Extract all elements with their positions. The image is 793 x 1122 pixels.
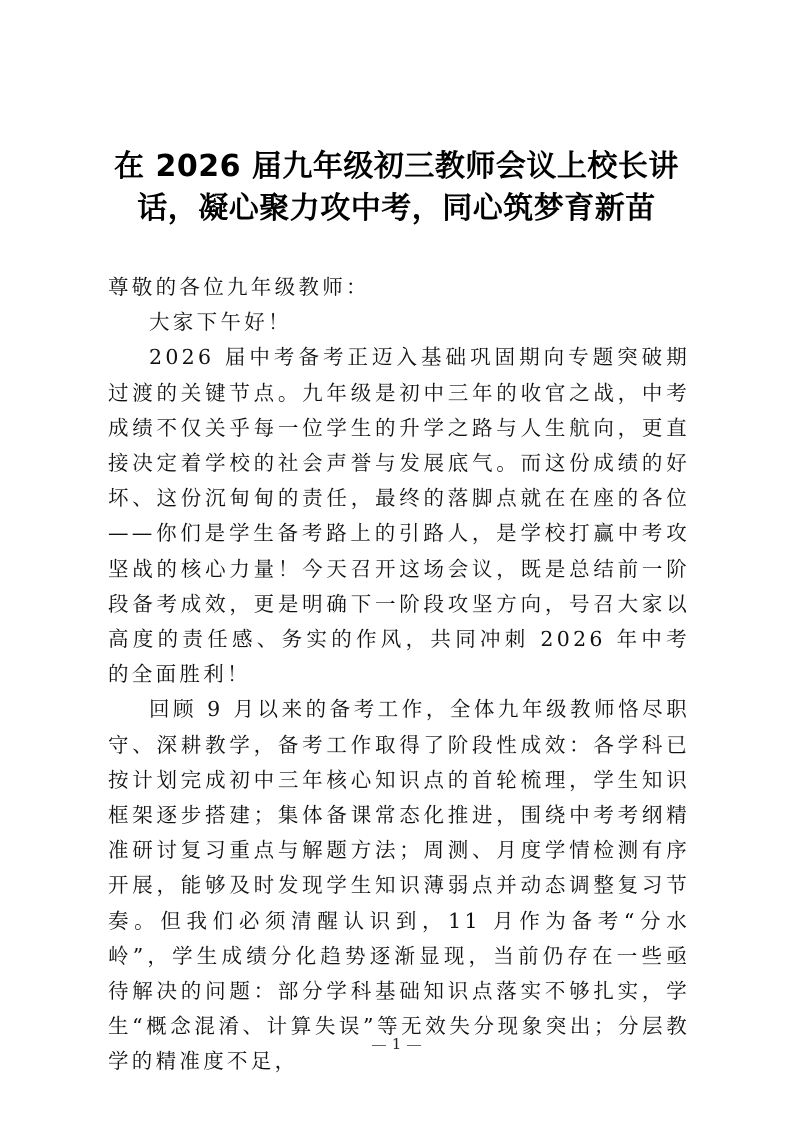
page-footer: 1 — [0, 1035, 793, 1053]
body-paragraph: 2026 届中考备考正迈入基础巩固期向专题突破期过渡的关键节点。九年级是初中三年… — [108, 340, 690, 692]
salutation: 尊敬的各位九年级教师： — [108, 270, 690, 305]
document-body: 尊敬的各位九年级教师： 大家下午好！ 2026 届中考备考正迈入基础巩固期向专题… — [108, 270, 690, 1080]
greeting-paragraph: 大家下午好！ — [108, 305, 690, 340]
body-paragraph: 回顾 9 月以来的备考工作，全体九年级教师恪尽职守、深耕教学，备考工作取得了阶段… — [108, 692, 690, 1079]
document-page: 在 2026 届九年级初三教师会议上校长讲 话，凝心聚力攻中考，同心筑梦育新苗 … — [0, 0, 793, 1122]
title-line-1: 在 2026 届九年级初三教师会议上校长讲 — [100, 146, 693, 188]
title-line-2: 话，凝心聚力攻中考，同心筑梦育新苗 — [100, 188, 693, 230]
dash-right — [407, 1045, 421, 1046]
dash-left — [372, 1045, 386, 1046]
page-number: 1 — [392, 1035, 402, 1053]
document-title: 在 2026 届九年级初三教师会议上校长讲 话，凝心聚力攻中考，同心筑梦育新苗 — [100, 146, 693, 230]
